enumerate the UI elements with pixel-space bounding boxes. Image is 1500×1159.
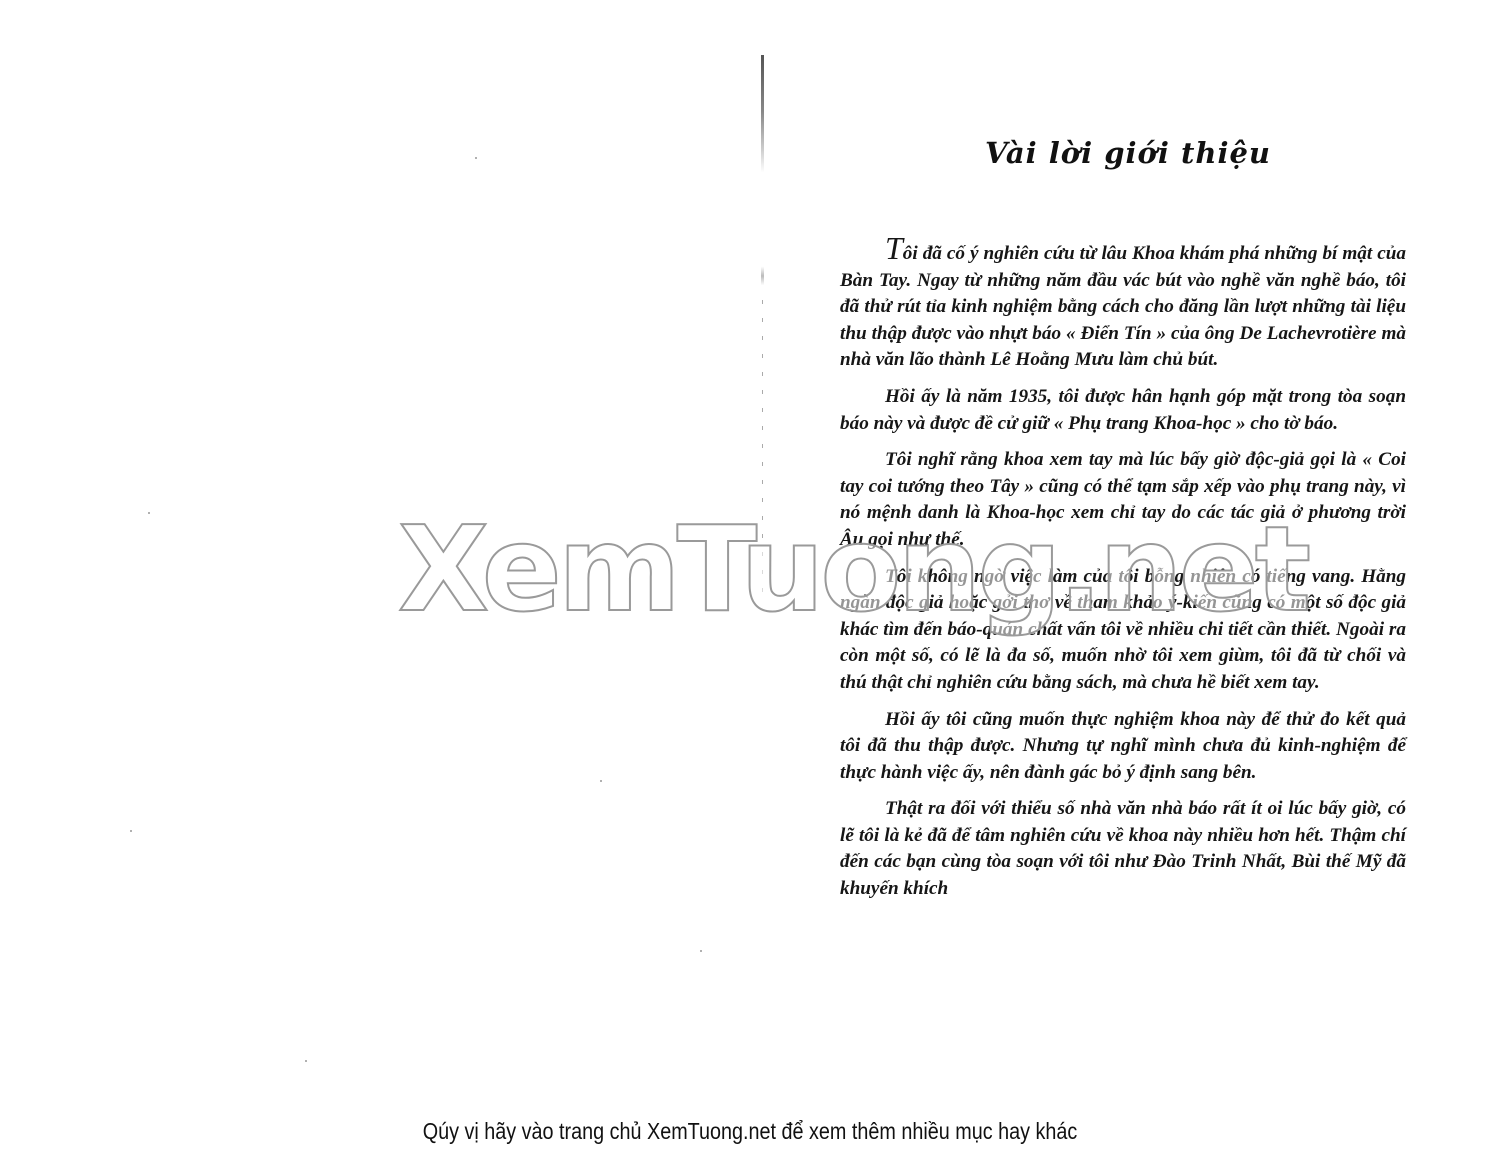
paragraph-6: Thật ra đối với thiểu số nhà văn nhà báo… bbox=[840, 796, 1406, 902]
page-gutter-dash bbox=[762, 300, 763, 600]
footer-site-link[interactable]: XemTuong.net bbox=[647, 1118, 776, 1144]
left-page-blank bbox=[0, 0, 760, 1100]
paragraph-3: Tôi nghĩ rằng khoa xem tay mà lúc bấy gi… bbox=[840, 447, 1406, 553]
footer-caption: Qúy vị hãy vào trang chủ XemTuong.net để… bbox=[105, 1118, 1395, 1145]
chapter-title: Vài lời giới thiệu bbox=[985, 136, 1305, 170]
footer-text-before: Qúy vị hãy vào trang chủ bbox=[423, 1118, 647, 1144]
body-text: Tôi đã cố ý nghiên cứu từ lâu Khoa khám … bbox=[840, 238, 1406, 913]
book-spread: Vài lời giới thiệu Tôi đã cố ý nghiên cứ… bbox=[0, 0, 1500, 1100]
paragraph-1: Tôi đã cố ý nghiên cứu từ lâu Khoa khám … bbox=[840, 238, 1406, 374]
paragraph-5: Hồi ấy tôi cũng muốn thực nghiệm khoa nà… bbox=[840, 707, 1406, 787]
paragraph-4: Tôi không ngờ việc làm của tôi bỗng nhiê… bbox=[840, 564, 1406, 697]
dropcap: T bbox=[885, 230, 903, 266]
right-page: Vài lời giới thiệu Tôi đã cố ý nghiên cứ… bbox=[840, 0, 1410, 1100]
paragraph-2: Hồi ấy là năm 1935, tôi được hân hạnh gó… bbox=[840, 384, 1406, 437]
footer-text-after: để xem thêm nhiều mục hay khác bbox=[776, 1118, 1077, 1144]
